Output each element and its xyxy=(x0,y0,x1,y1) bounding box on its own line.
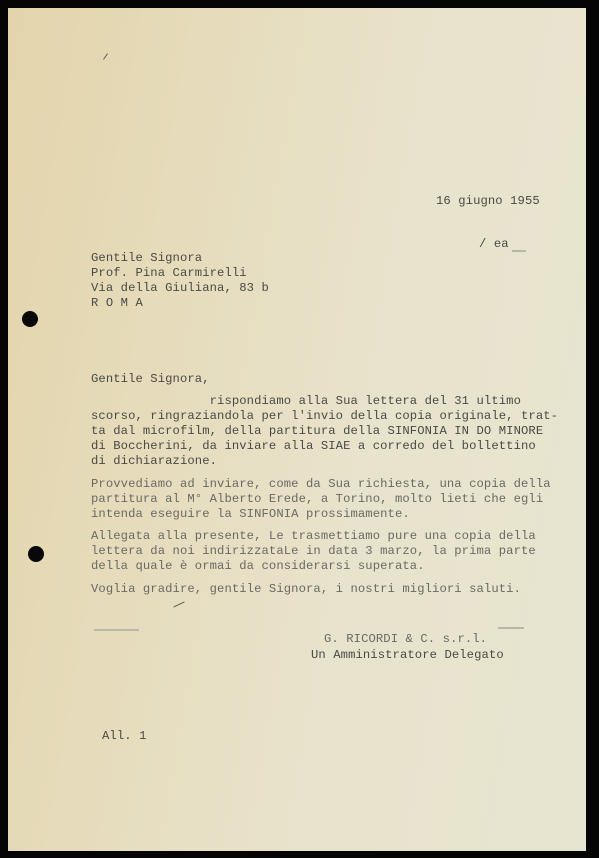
punch-hole-top xyxy=(22,311,38,327)
recipient-line-2: Prof. Pina Carmirelli xyxy=(91,266,247,281)
recipient-line-4: R O M A xyxy=(91,296,143,311)
signature-rule-right xyxy=(498,627,524,629)
body-line: rispondiamo alla Sua lettera del 31 ulti… xyxy=(91,394,521,409)
reference-initials: / ea xyxy=(479,237,509,252)
signature-company: G. RICORDI & C. s.r.l. xyxy=(324,632,487,647)
pen-mark xyxy=(103,53,108,59)
body-line: di Boccherini, da inviare alla SIAE a co… xyxy=(91,439,536,454)
letter-date: 16 giugno 1955 xyxy=(436,194,540,209)
recipient-line-1: Gentile Signora xyxy=(91,251,202,266)
body-line: di dichiarazione. xyxy=(91,454,217,469)
body-line: scorso, ringraziandola per l'invio della… xyxy=(91,409,558,424)
body-line: Allegata alla presente, Le trasmettiamo … xyxy=(91,529,536,544)
body-line: partitura al M° Alberto Erede, a Torino,… xyxy=(91,492,543,507)
recipient-line-3: Via della Giuliana, 83 b xyxy=(91,281,269,296)
enclosure-note: All. 1 xyxy=(102,729,146,744)
body-line: della quale è ormai da considerarsi supe… xyxy=(91,559,425,574)
letter-page: 16 giugno 1955 / ea Gentile Signora Prof… xyxy=(8,8,586,851)
body-line: intenda eseguire la SINFONIA prossimamen… xyxy=(91,507,410,522)
body-line: ta dal microfilm, della partitura della … xyxy=(91,424,543,439)
pen-tick-mark xyxy=(173,602,184,608)
punch-hole-bottom xyxy=(28,546,44,562)
signature-role: Un Amministratore Delegato xyxy=(311,648,504,663)
body-line: lettera da noi indirizzataLe in data 3 m… xyxy=(91,544,536,559)
body-line: Provvediamo ad inviare, come da Sua rich… xyxy=(91,477,551,492)
closing-line: Voglia gradire, gentile Signora, i nostr… xyxy=(91,582,521,597)
signature-rule-left xyxy=(94,629,139,631)
reference-underline xyxy=(512,250,526,252)
salutation: Gentile Signora, xyxy=(91,372,210,387)
